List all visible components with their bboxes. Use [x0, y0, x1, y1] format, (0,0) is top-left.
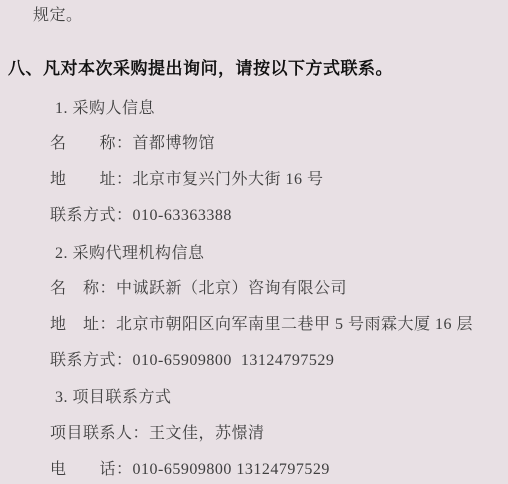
purchaser-contact-line: 联系方式：010-63363388 [50, 206, 232, 226]
document-page: 规定。 八、凡对本次采购提出询问，请按以下方式联系。 1. 采购人信息 名 称：… [0, 0, 508, 484]
section-heading: 八、凡对本次采购提出询问，请按以下方式联系。 [8, 58, 393, 80]
agency-contact-line: 联系方式：010-65909800 13124797529 [50, 351, 334, 371]
project-section-title: 3. 项目联系方式 [55, 388, 172, 408]
project-phone-line: 电 话：010-65909800 13124797529 [50, 460, 330, 480]
previous-paragraph-end: 规定。 [33, 6, 83, 26]
agency-section-title: 2. 采购代理机构信息 [55, 244, 205, 264]
purchaser-address-line: 地 址：北京市复兴门外大街 16 号 [50, 170, 324, 190]
agency-address-line: 地 址：北京市朝阳区向军南里二巷甲 5 号雨霖大厦 16 层 [50, 315, 473, 335]
purchaser-section-title: 1. 采购人信息 [55, 99, 155, 119]
project-contact-person-line: 项目联系人：王文佳，苏憬清 [50, 424, 265, 444]
agency-name-line: 名 称：中诚跃新（北京）咨询有限公司 [50, 279, 347, 299]
purchaser-name-line: 名 称：首都博物馆 [50, 134, 215, 154]
